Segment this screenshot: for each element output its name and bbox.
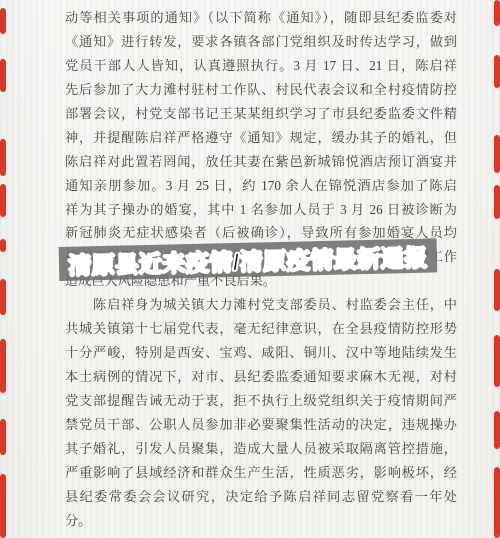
red-edge-mark — [0, 139, 6, 176]
document-line: 严重影响了县域经济和群众生产生活，性质恶劣，影响极坏，经 — [65, 461, 457, 485]
document-line: 陈启祥身为城关镇大力滩村党支部委员、村监委会主任，中 — [65, 293, 457, 317]
document-line: 本土病例的情况下，对市、县纪委监委通知要求麻木无视，对村 — [65, 365, 457, 389]
document-line: 其子婚礼，引发人员聚集，造成大量人员被采取隔离管控措施， — [65, 437, 457, 461]
red-edge-mark — [0, 474, 6, 538]
document-line: 通知亲朋参加。3 月 25 日，约 170 余人在锦悦酒店参加了陈启 — [65, 174, 457, 198]
red-edge-mark — [0, 59, 6, 92]
red-edge-mark — [0, 419, 6, 455]
document-line: 先后参加了大力滩村驻村工作队、村民代表会议和全村疫情防控 — [65, 78, 457, 102]
red-edge-mark — [494, 55, 500, 88]
red-edge-mark — [0, 339, 6, 393]
document-line: 县纪委常委会会议研究，决定给予陈启祥同志留党察看一年处 — [65, 485, 457, 509]
red-edge-mark — [494, 467, 500, 538]
red-edge-mark — [494, 185, 500, 219]
red-edge-mark — [494, 135, 500, 173]
document-line: 《通知》进行转发，要求各镇各部门党组织及时传达学习，做到 — [65, 30, 457, 54]
red-edge-mark — [494, 0, 500, 26]
red-edge-mark — [0, 184, 6, 217]
red-edge-mark — [0, 8, 6, 34]
red-edge-mark — [494, 411, 500, 449]
document-line: 共城关镇第十七届党代表，毫无纪律意识，在全县疫情防控形势 — [65, 317, 457, 341]
document-line: 神，并提醒陈启祥严格遵守《通知》规定，缓办其子的婚礼，但 — [65, 126, 457, 150]
document-line: 十分严峻，特别是西安、宝鸡、咸阳、铜川、汉中等地陆续发生 — [65, 341, 457, 365]
red-edge-mark — [0, 279, 6, 315]
red-edge-mark — [494, 269, 500, 311]
document-line: 祥为其子操办的婚宴，其中 1 名参加人员于 3 月 26 日被诊断为 — [65, 198, 457, 222]
red-edge-mark — [494, 335, 500, 387]
document-line: 党支部提醒告诫无动于衷，拒不执行上级党组织关于疫情期间严 — [65, 389, 457, 413]
red-edge-mark — [0, 239, 6, 252]
document-line: 党员干部人人皆知，认真遵照执行。3 月 17 日、21 日，陈启祥 — [65, 54, 457, 78]
document-line: 部署会议，村党支部书记王某某组织学习了市县纪委监委文件精 — [65, 102, 457, 126]
document-line: 分。 — [65, 509, 457, 533]
document-line: 禁党员干部、公职人员参加非必要聚集性活动的决定，违规操办 — [65, 413, 457, 437]
document-line: 动等相关事项的通知》（以下简称《通知》），随即县纪委监委对 — [65, 6, 457, 30]
document-line: 陈启祥对此置若罔闻，放任其妻在紫邑新城锦悦酒店预订酒宴并 — [65, 150, 457, 174]
